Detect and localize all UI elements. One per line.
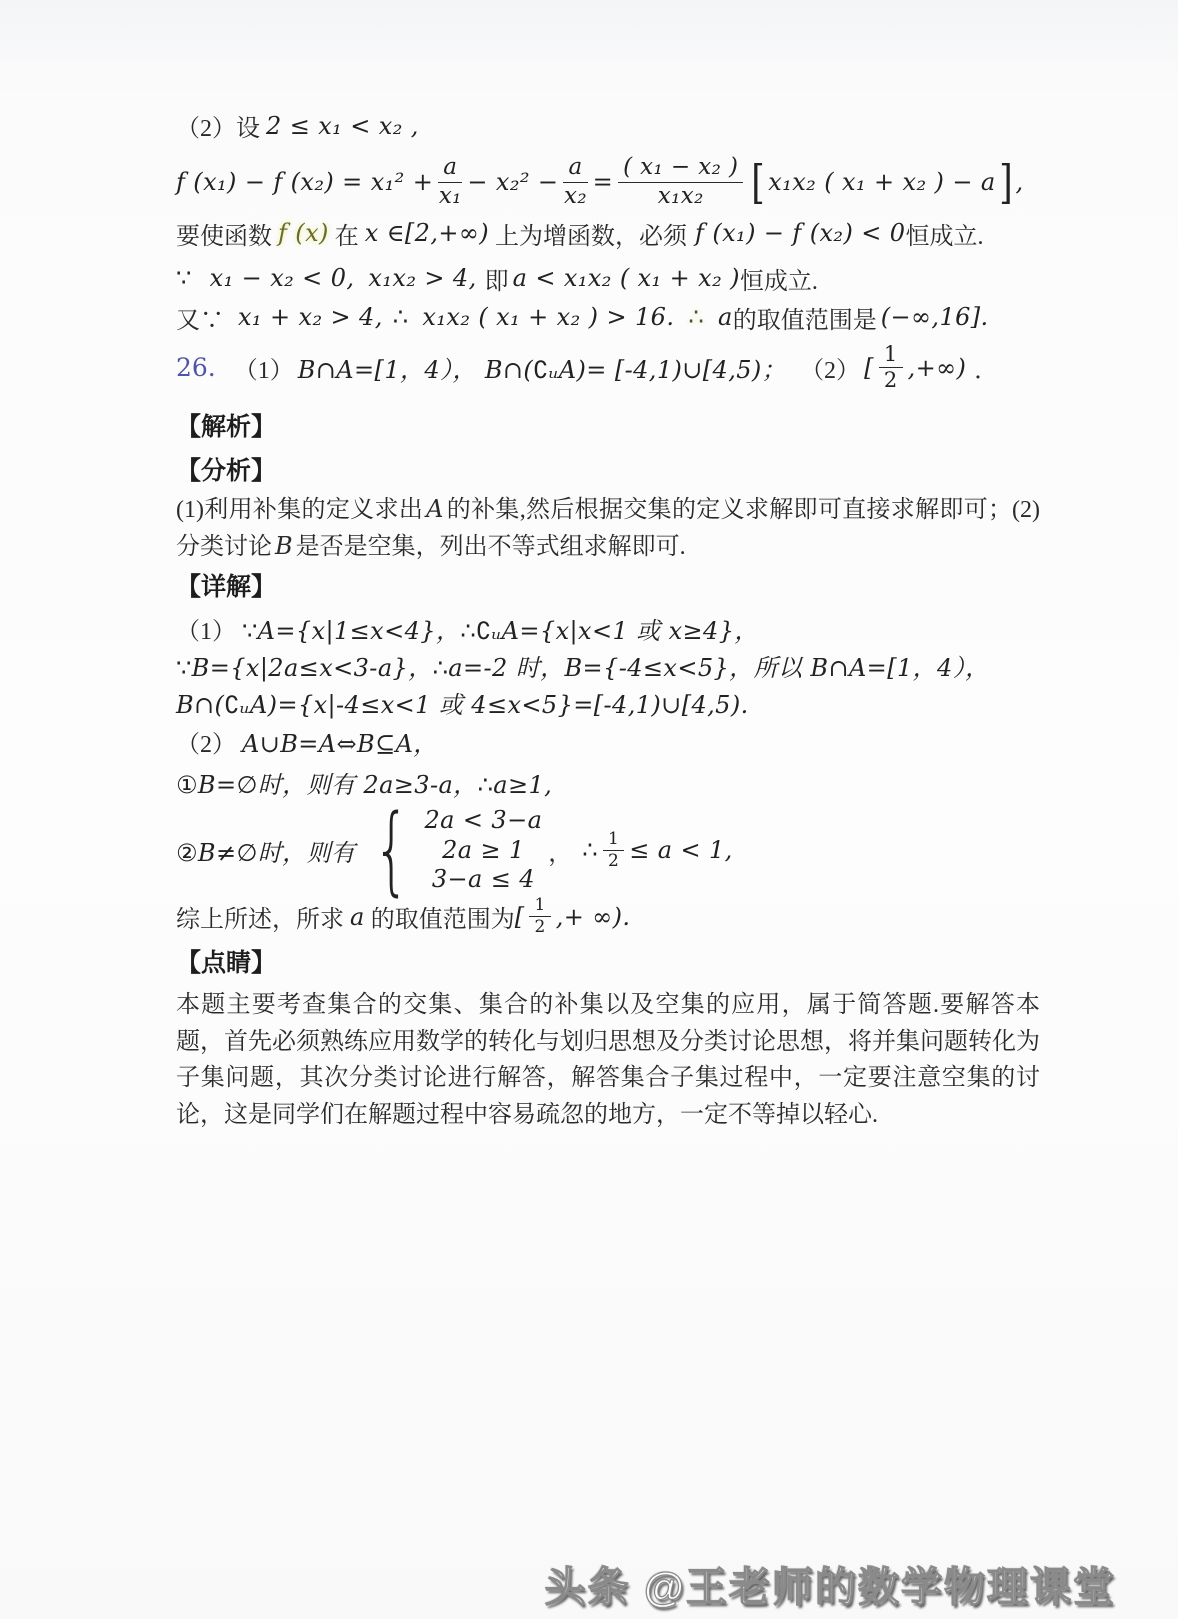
fraction-denominator: x₁x₂ <box>658 183 704 210</box>
math-segment: x₁ − x₂ < 0, <box>210 264 355 292</box>
fraction-numerator: a <box>563 155 587 183</box>
header-xiangjie: 【详解】 <box>176 567 1040 603</box>
therefore-symbol: ∴ <box>688 303 704 331</box>
answer-part1-complement: B∩(∁ᵤA)= [-4,1)∪[4,5)； <box>485 350 786 385</box>
fraction-numerator: ( x₁ − x₂ ) <box>618 155 743 183</box>
text-segment: 恒成立. <box>740 261 818 296</box>
question-number: 26. <box>176 353 216 382</box>
text-segment: 的取值范围是 <box>733 300 877 335</box>
summary-paragraph: 本题主要考查集合的交集、集合的补集以及空集的应用，属于简答题.要解答本题，首先必… <box>176 987 1040 1133</box>
monotonic-condition-line: 要使函数 f (x) 在 x ∈[2,+∞) 上为增函数，必须 f (x₁) −… <box>176 216 1040 251</box>
watermark: 头条 @王老师的数学物理课堂 <box>545 1554 1116 1613</box>
difference-formula-line: f (x₁) − f (x₂) = x₁² + a x₁ − x₂² − a x… <box>176 155 1040 210</box>
document-page: （2）设 2 ≤ x₁ < x₂ , f (x₁) − f (x₂) = x₁²… <box>0 0 1178 1619</box>
right-bracket: ] <box>999 159 1012 205</box>
part2-label: （2） <box>800 350 860 385</box>
math-segment: x₁x₂ > 4, <box>368 264 476 292</box>
header-fenxi: 【分析】 <box>176 451 1040 487</box>
part1-label: （1） <box>176 611 236 646</box>
math-segment: a < x₁x₂ ( x₁ + x₂ ) <box>513 264 740 292</box>
left-bracket: [ <box>515 903 525 931</box>
math-segment: A∪B=A⇔B⊆A， <box>242 724 438 759</box>
text-segment: 要使函数 <box>176 216 272 251</box>
fraction-numerator: 1 <box>529 896 550 917</box>
header-jiexi: 【解析】 <box>176 407 1040 443</box>
header-dianjing: 【点睛】 <box>176 943 1040 979</box>
text-segment: 是否是空集，列出不等式组求解即可. <box>296 534 686 560</box>
system-left-brace: { <box>374 810 411 892</box>
fraction-a-over-x2: a x₂ <box>563 155 587 210</box>
left-bracket: [ <box>752 159 765 205</box>
fraction-numerator: 1 <box>879 343 903 369</box>
formula-equals: = <box>593 168 614 196</box>
text-segment: 在 <box>335 216 359 251</box>
detail-line-4: （2） A∪B=A⇔B⊆A， <box>176 724 1040 759</box>
text-segment: 恒成立. <box>905 216 983 251</box>
detail-line-3: B∩(∁ᵤA)={x|-4≤x<1 或 4≤x<5}=[-4,1)∪[4,5). <box>176 685 1040 720</box>
case2-system-line: ②B≠∅时，则有 { 2a < 3−a 2a ≥ 1 3−a ≤ 4 ， ∴ 1… <box>176 806 1040 894</box>
fraction-a-over-x1: a x₁ <box>438 155 462 210</box>
formula-tail: x₁x₂ ( x₁ + x₂ ) − a <box>768 168 995 196</box>
answer-part1-intersection: B∩A=[1，4）， <box>298 350 477 385</box>
detail-line-1: （1） ∵A={x|1≤x<4}，∴∁ᵤA={x|x<1 或 x≥4}， <box>176 611 1040 646</box>
variable-A: A <box>423 495 446 523</box>
period: ． <box>974 350 998 385</box>
fraction-denominator: x₂ <box>564 183 587 210</box>
formula-mid: − x₂² − <box>467 168 558 196</box>
fraction-one-half: 1 2 <box>879 343 903 393</box>
left-bracket: [ <box>864 354 874 382</box>
part2-label: （2）设 <box>176 108 260 143</box>
text-segment: 即 <box>485 261 509 296</box>
range-expression: (−∞,16]. <box>881 303 989 331</box>
math-segment: ①B=∅时，则有 2a≥3-a，∴a≥1, <box>176 765 552 800</box>
math-segment: B∩(∁ᵤA)={x|-4≤x<1 或 4≤x<5}=[-4,1)∪[4,5). <box>176 685 749 720</box>
part2-given-line: （2）设 2 ≤ x₁ < x₂ , <box>176 108 1040 143</box>
formula-lead: f (x₁) − f (x₂) = x₁² + <box>176 168 433 196</box>
fraction-denominator: 2 <box>608 851 619 871</box>
analysis-paragraph: (1)利用补集的定义求出A的补集,然后根据交集的定义求解即可直接求解即可；(2)… <box>176 491 1040 566</box>
variable-a: a <box>718 303 733 331</box>
fx-expression: f (x) <box>278 219 329 247</box>
fraction-denominator: x₁ <box>439 183 462 210</box>
math-segment: ,+ ∞). <box>556 903 631 931</box>
formula-comma: , <box>1016 168 1024 196</box>
math-segment: ≤ a < 1, <box>629 836 733 864</box>
case2-prefix: ②B≠∅时，则有 <box>176 833 355 868</box>
comma: ， <box>548 833 572 868</box>
case1-empty-set-line: ①B=∅时，则有 2a≥3-a，∴a≥1, <box>176 765 1040 800</box>
fraction-denominator: 2 <box>534 917 545 937</box>
text-segment: 又∵ <box>176 300 224 335</box>
math-segment: ∵B={x|2a≤x<3-a}，∴a=-2 时，B={-4≤x<5}，所以 B∩… <box>176 648 990 683</box>
math-segment: ∵A={x|1≤x<4}，∴∁ᵤA={x|x<1 或 x≥4}， <box>242 611 759 646</box>
because-line: ∵ x₁ − x₂ < 0, x₁x₂ > 4, 即 a < x₁x₂ ( x₁… <box>176 261 1040 296</box>
math-segment: x₁x₂ ( x₁ + x₂ ) > 16. <box>422 303 674 331</box>
part1-label: （1） <box>234 350 294 385</box>
therefore-symbol: ∴ <box>393 303 409 331</box>
therefore-symbol: ∴ <box>582 836 598 864</box>
inequality-row: 2a < 3−a <box>424 806 542 835</box>
text-segment: (1)利用补集的定义求出 <box>176 497 423 523</box>
variable-B: B <box>272 532 296 560</box>
inequality-expression: f (x₁) − f (x₂) < 0 <box>695 219 905 247</box>
domain-expression: x ∈[2,+∞) <box>365 219 489 247</box>
fraction-one-half: 1 2 <box>603 830 624 871</box>
inequality-row: 2a ≥ 1 <box>442 836 525 865</box>
text-segment: 上为增函数，必须 <box>495 216 687 251</box>
variable-a: a <box>350 903 365 931</box>
fraction-difference-over-product: ( x₁ − x₂ ) x₁x₂ <box>618 155 743 210</box>
math-segment: x₁ + x₂ > 4, <box>238 303 383 331</box>
fraction-numerator: 1 <box>603 830 624 851</box>
fraction-denominator: 2 <box>884 368 898 393</box>
answer-26-line: 26. （1） B∩A=[1，4）， B∩(∁ᵤA)= [-4,1)∪[4,5)… <box>176 343 1040 393</box>
answer-part2-tail: ,+∞) <box>908 354 967 382</box>
inequality-system: 2a < 3−a 2a ≥ 1 3−a ≤ 4 <box>424 806 542 894</box>
because-symbol: ∵ <box>176 264 192 292</box>
text-segment: 综上所述，所求 <box>176 899 344 934</box>
fraction-one-half: 1 2 <box>529 896 550 937</box>
conclusion-line: 综上所述，所求 a 的取值范围为 [ 1 2 ,+ ∞). <box>176 896 1040 937</box>
part2-label: （2） <box>176 724 236 759</box>
inequality-row: 3−a ≤ 4 <box>432 865 535 894</box>
fraction-numerator: a <box>438 155 462 183</box>
part2-given-math: 2 ≤ x₁ < x₂ , <box>266 112 419 140</box>
detail-line-2: ∵B={x|2a≤x<3-a}，∴a=-2 时，B={-4≤x<5}，所以 B∩… <box>176 648 1040 683</box>
therefore-line: 又∵ x₁ + x₂ > 4, ∴ x₁x₂ ( x₁ + x₂ ) > 16.… <box>176 300 1040 335</box>
